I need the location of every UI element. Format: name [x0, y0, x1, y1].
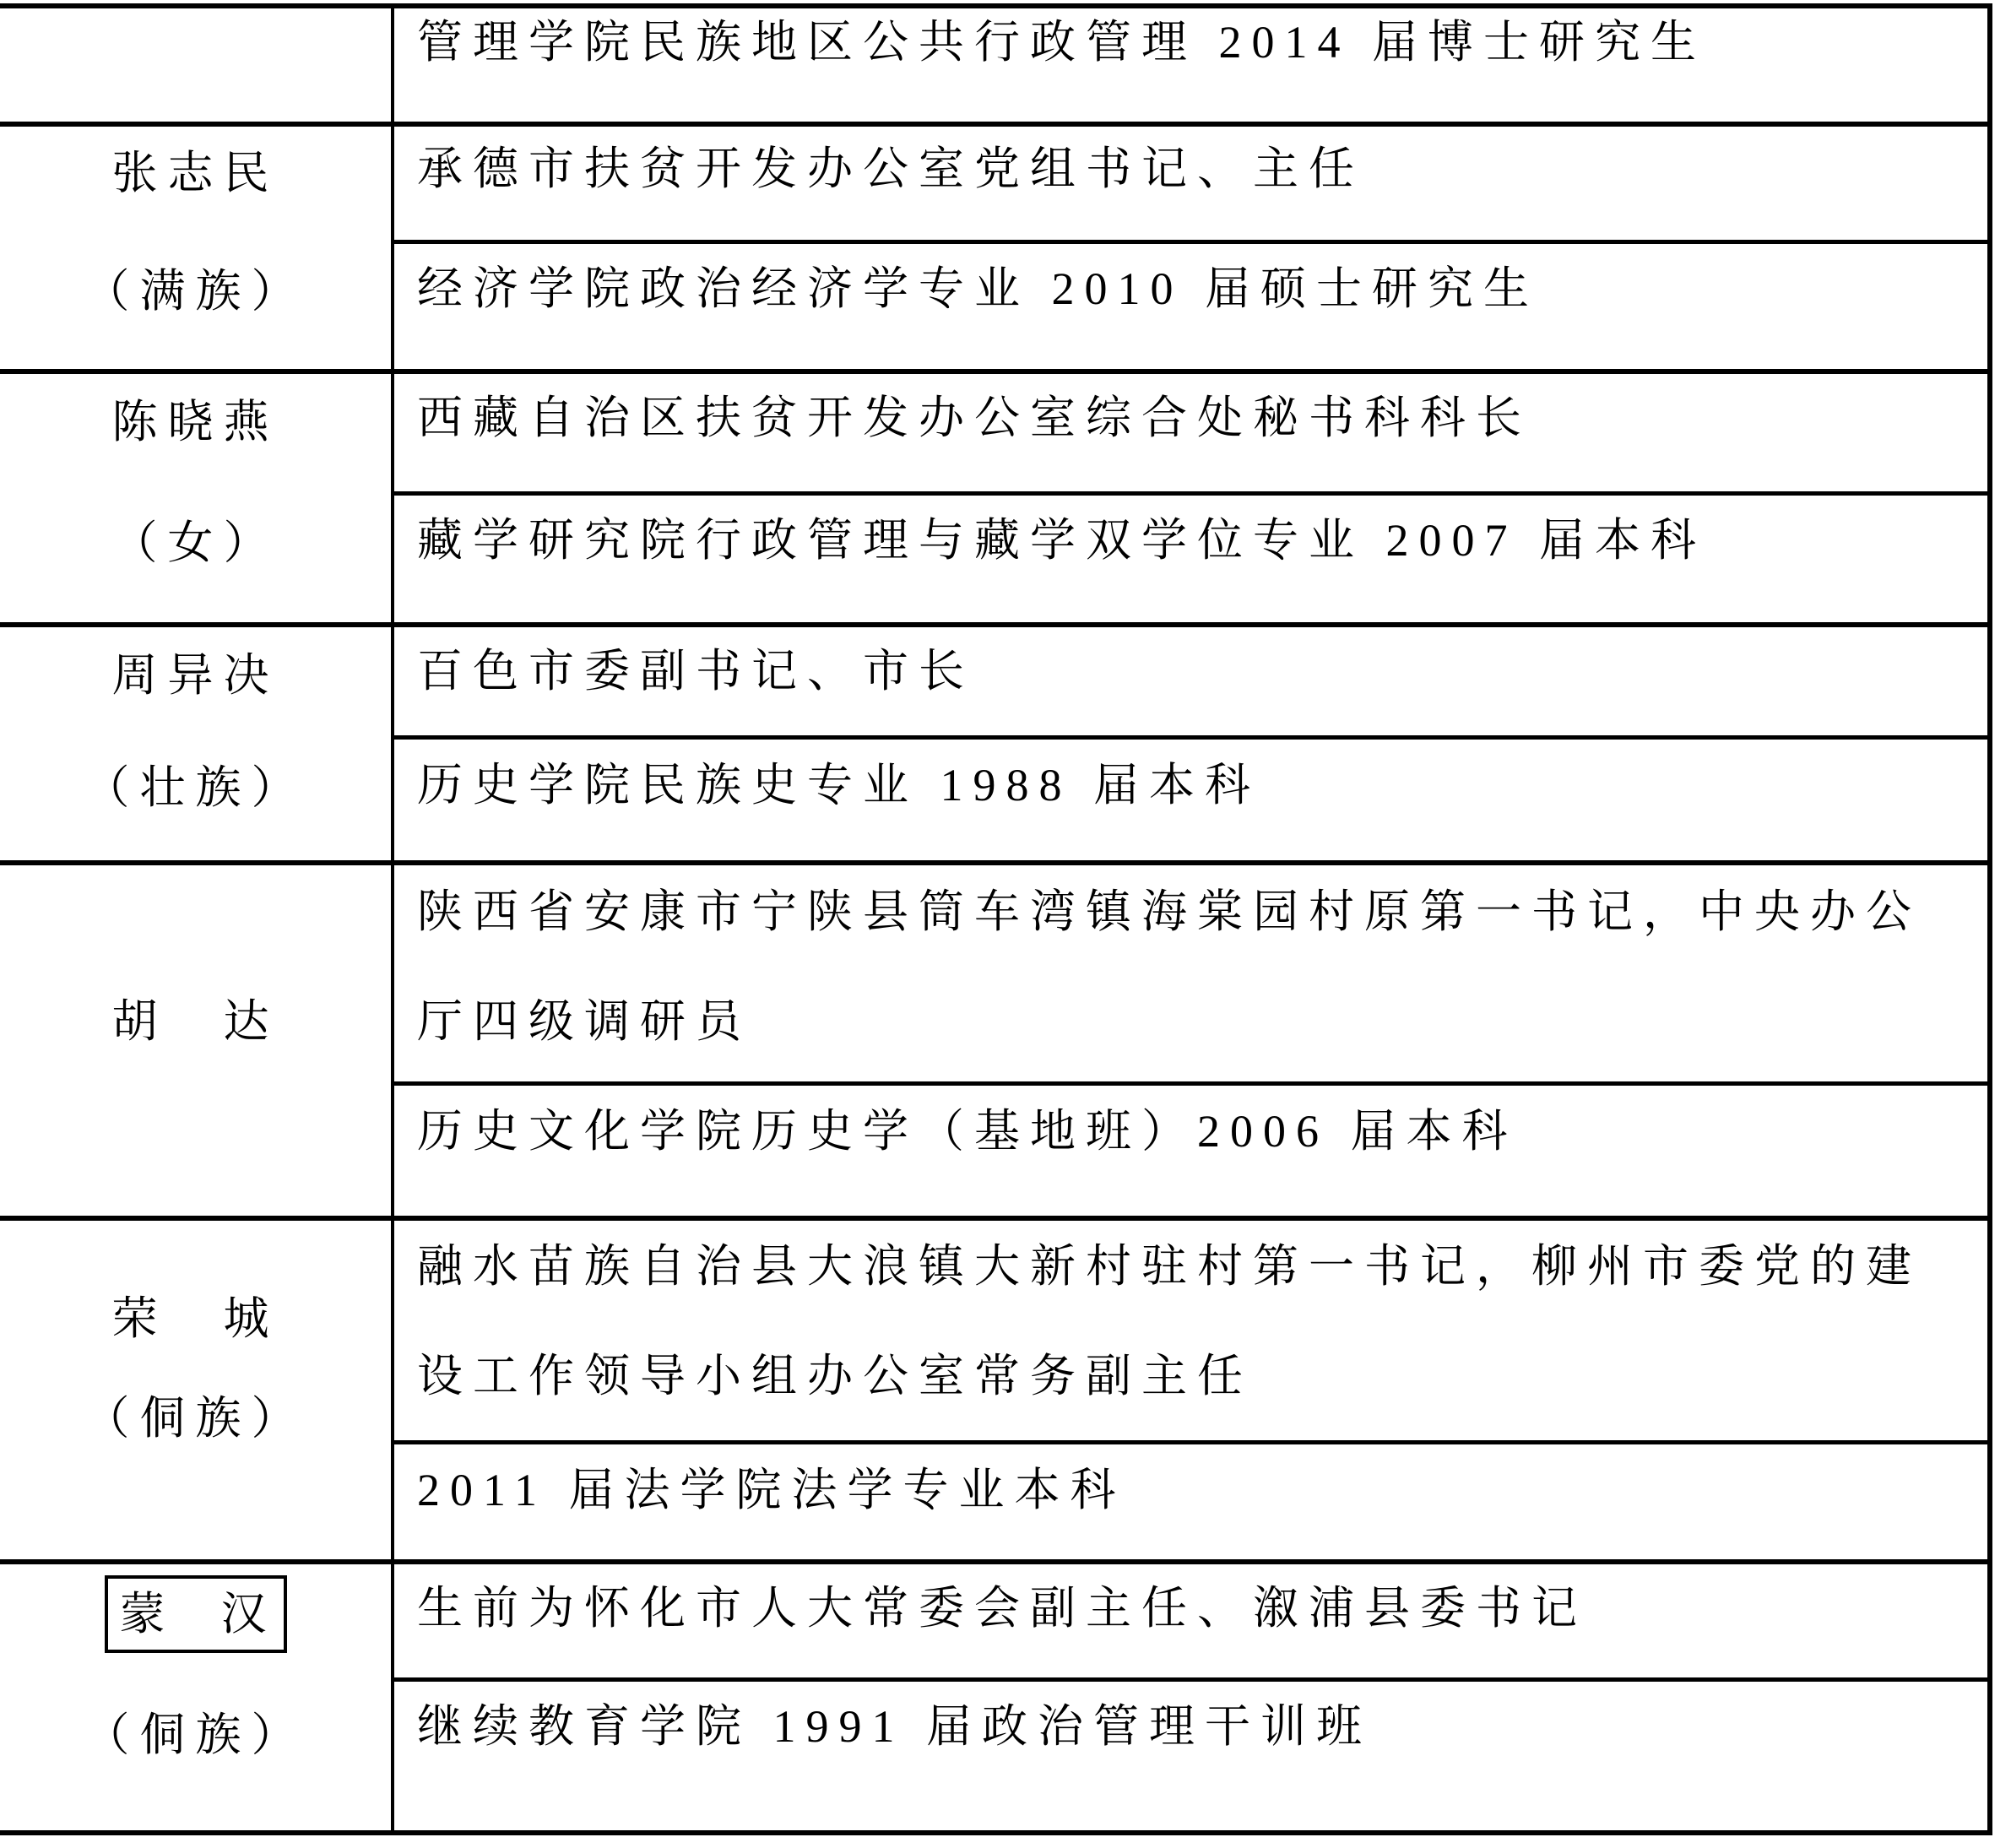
position-line: 融水苗族自治县大浪镇大新村驻村第一书记，柳州市委党的建 [417, 1241, 1922, 1292]
deceased-name-box-wrap: 蒙 汉 [0, 1575, 391, 1653]
person-ethnicity: （女） [0, 518, 391, 568]
row-divider [391, 1081, 1992, 1086]
person-ethnicity: （壮族） [0, 762, 391, 813]
row-divider [391, 240, 1992, 244]
position-line: 生前为怀化市人大常委会副主任、溆浦县委书记 [417, 1583, 1587, 1634]
position-line: 西藏自治区扶贫开发办公室综合处秘书科科长 [417, 393, 1531, 443]
section-divider [0, 1559, 1992, 1564]
document-page: 管理学院民族地区公共行政管理 2014 届博士研究生 张志民 （满族） 承德市扶… [0, 0, 2011, 1848]
section-divider [0, 122, 1992, 127]
section-divider [0, 369, 1992, 374]
row-divider [391, 491, 1992, 496]
table-top-border [0, 3, 1992, 8]
person-ethnicity: （满族） [0, 266, 391, 317]
person-name: 周异决 [0, 650, 391, 701]
position-line: 设工作领导小组办公室常务副主任 [417, 1351, 1253, 1401]
education-line: 经济学院政治经济学专业 2010 届硕士研究生 [417, 263, 1539, 314]
position-line: 百色市委副书记、市长 [417, 646, 974, 696]
row-divider [391, 735, 1992, 740]
person-name: 张志民 [0, 148, 391, 198]
position-line: 陕西省安康市宁陕县筒车湾镇海棠园村原第一书记，中央办公 [417, 886, 1922, 937]
person-name: 胡 达 [0, 996, 391, 1047]
person-ethnicity: （侗族） [0, 1393, 391, 1444]
section-divider [0, 1216, 1992, 1221]
education-line: 历史文化学院历史学（基地班）2006 届本科 [417, 1106, 1518, 1157]
education-line: 藏学研究院行政管理与藏学双学位专业 2007 届本科 [417, 515, 1706, 566]
table-bottom-border [0, 1830, 1992, 1835]
position-line: 厅四级调研员 [417, 996, 751, 1047]
row-divider [391, 1677, 1992, 1682]
education-line: 继续教育学院 1991 届政治管理干训班 [417, 1701, 1372, 1752]
column-divider [391, 3, 394, 1835]
position-line: 承德市扶贫开发办公室党组书记、主任 [417, 144, 1364, 194]
education-line: 2011 届法学院法学专业本科 [417, 1465, 1126, 1515]
row-divider [391, 1440, 1992, 1444]
person-name: 陈晓燕 [0, 397, 391, 447]
person-ethnicity: （侗族） [0, 1710, 391, 1760]
deceased-name-box: 蒙 汉 [105, 1575, 287, 1653]
person-name: 荣 城 [0, 1293, 391, 1344]
education-line: 管理学院民族地区公共行政管理 2014 届博士研究生 [417, 17, 1706, 68]
table-right-border [1987, 3, 1992, 1835]
education-line: 历史学院民族史专业 1988 届本科 [417, 760, 1260, 810]
section-divider [0, 860, 1992, 865]
section-divider [0, 622, 1992, 627]
